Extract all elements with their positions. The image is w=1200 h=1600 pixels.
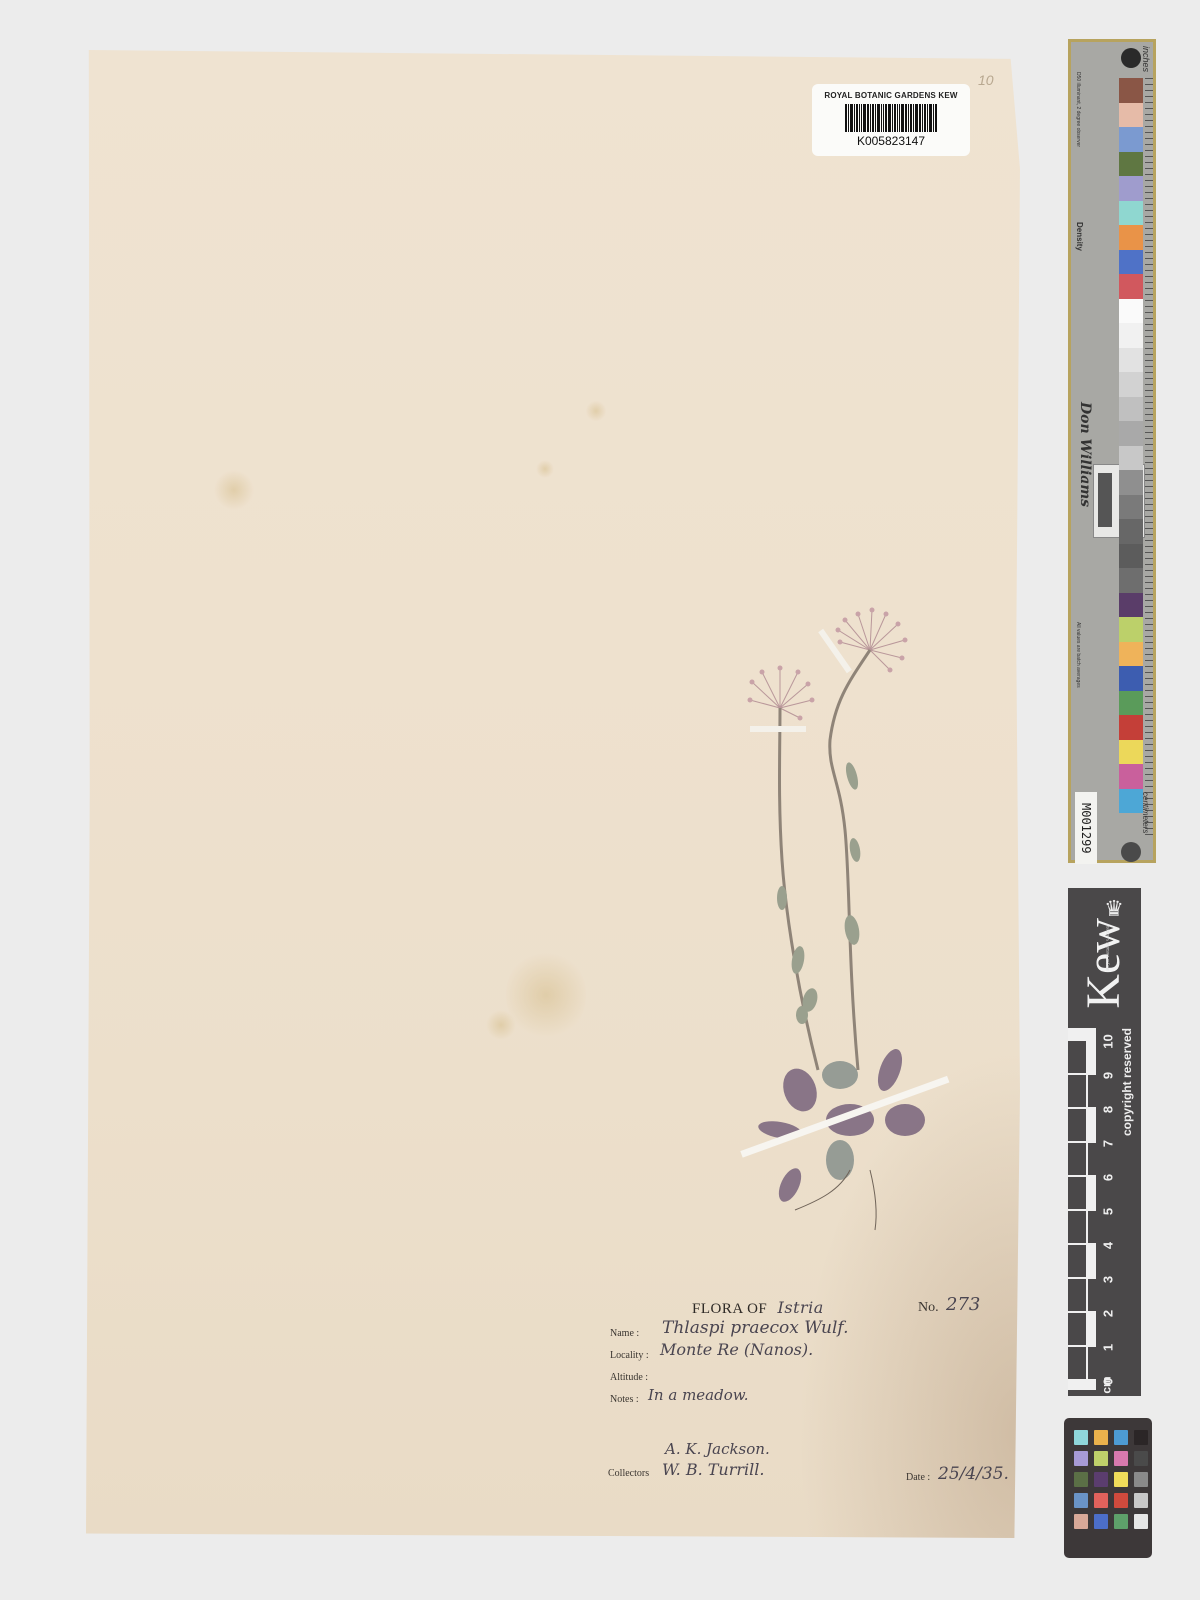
colour-patch bbox=[1119, 495, 1143, 520]
colour-patch bbox=[1119, 446, 1143, 471]
name-value: Thlaspi praecox Wulf. bbox=[662, 1318, 849, 1338]
paper-stain bbox=[486, 1010, 516, 1040]
notes-value: In a meadow. bbox=[648, 1386, 749, 1404]
colour-patch bbox=[1119, 568, 1143, 593]
mounting-tape bbox=[750, 726, 806, 732]
paper-stain bbox=[586, 400, 606, 422]
colour-patch bbox=[1119, 201, 1143, 226]
colour-patch bbox=[1119, 470, 1143, 495]
label-title-printed: FLORA OF bbox=[692, 1301, 767, 1317]
cm-number: 3 bbox=[1101, 1270, 1116, 1290]
colour-patch bbox=[1119, 323, 1143, 348]
pressed-plant-specimen bbox=[740, 600, 990, 1240]
batch-note: All values are batch averages bbox=[1075, 622, 1081, 688]
checker-cell bbox=[1114, 1514, 1128, 1529]
checker-cell bbox=[1114, 1472, 1128, 1487]
barcode-number: K005823147 bbox=[812, 134, 970, 148]
number-value: 273 bbox=[946, 1294, 980, 1315]
checker-cell bbox=[1094, 1451, 1108, 1466]
barcode-icon bbox=[812, 104, 970, 132]
checker-cell bbox=[1134, 1493, 1148, 1508]
paper-stain bbox=[536, 460, 554, 478]
label-region: Istria bbox=[778, 1298, 824, 1317]
colour-patch bbox=[1119, 740, 1143, 765]
colour-patch bbox=[1119, 421, 1143, 446]
copyright-text: copyright reserved bbox=[1120, 1028, 1134, 1136]
colour-patch bbox=[1119, 127, 1143, 152]
colour-patch bbox=[1119, 348, 1143, 373]
inches-label: inches bbox=[1141, 46, 1151, 72]
colour-patch bbox=[1119, 372, 1143, 397]
date-value: 25/4/35. bbox=[938, 1464, 1009, 1484]
ruler-code: M001299 bbox=[1075, 792, 1097, 864]
cm-scale-numbers: 012345678910 bbox=[1098, 1028, 1118, 1390]
colour-checker-card bbox=[1064, 1418, 1152, 1558]
flower-head-icon bbox=[838, 610, 905, 670]
checker-cell bbox=[1134, 1514, 1148, 1529]
kew-subtitle: Royal Botanic Gardens bbox=[1106, 924, 1111, 971]
notes-label: Notes : bbox=[610, 1394, 639, 1405]
checker-cell bbox=[1134, 1430, 1148, 1445]
checker-cell bbox=[1094, 1514, 1108, 1529]
cm-unit-label: cm bbox=[1100, 1376, 1114, 1393]
checker-cell bbox=[1134, 1451, 1148, 1466]
colour-patch bbox=[1119, 715, 1143, 740]
cm-number: 6 bbox=[1101, 1168, 1116, 1188]
ruler-scale bbox=[1145, 78, 1153, 838]
colour-patch bbox=[1119, 152, 1143, 177]
label-title: FLORA OF Istria bbox=[692, 1298, 824, 1318]
colour-patch bbox=[1119, 103, 1143, 128]
locality-label: Locality : bbox=[610, 1350, 649, 1361]
colour-patch bbox=[1119, 544, 1143, 569]
cm-number: 8 bbox=[1101, 1100, 1116, 1120]
colour-patch bbox=[1119, 593, 1143, 618]
cm-number: 7 bbox=[1101, 1134, 1116, 1154]
colour-patches bbox=[1119, 78, 1143, 813]
collector-1: A. K. Jackson. bbox=[665, 1440, 770, 1458]
name-label: Name : bbox=[610, 1328, 639, 1339]
colour-patch bbox=[1119, 397, 1143, 422]
checker-cell bbox=[1074, 1493, 1088, 1508]
kew-scale-bar: ♛ Kew Royal Botanic Gardens 012345678910… bbox=[1068, 888, 1141, 1396]
date-label: Date : bbox=[906, 1472, 930, 1483]
colour-patch bbox=[1119, 250, 1143, 275]
colour-patch bbox=[1119, 519, 1143, 544]
checker-cell bbox=[1074, 1451, 1088, 1466]
pencil-sheet-number: 10 bbox=[978, 72, 994, 88]
checker-cell bbox=[1094, 1430, 1108, 1445]
checker-cell bbox=[1134, 1472, 1148, 1487]
institution-name: ROYAL BOTANIC GARDENS KEW bbox=[812, 91, 970, 100]
paper-stain bbox=[214, 470, 254, 510]
locality-value: Monte Re (Nanos). bbox=[660, 1340, 813, 1359]
checker-cell bbox=[1114, 1493, 1128, 1508]
colour-patch bbox=[1119, 274, 1143, 299]
colour-patch bbox=[1119, 789, 1143, 814]
colour-patch bbox=[1119, 617, 1143, 642]
barcode-label: ROYAL BOTANIC GARDENS KEW K005823147 bbox=[812, 84, 970, 156]
ruler-hole-icon bbox=[1121, 48, 1141, 68]
cm-number: 10 bbox=[1101, 1032, 1116, 1052]
checker-cell bbox=[1114, 1451, 1128, 1466]
cm-number: 2 bbox=[1101, 1304, 1116, 1324]
kew-logo: Kew bbox=[1076, 918, 1131, 1009]
colour-patch bbox=[1119, 691, 1143, 716]
checker-cell bbox=[1074, 1430, 1088, 1445]
cm-number: 4 bbox=[1101, 1236, 1116, 1256]
colour-patch bbox=[1119, 299, 1143, 324]
checker-cell bbox=[1114, 1430, 1128, 1445]
checker-cell bbox=[1094, 1472, 1108, 1487]
ruler-brand: Don Williams bbox=[1077, 402, 1093, 507]
colour-calibration-ruler: inches centimeters D50 illuminant, 2 deg… bbox=[1068, 39, 1156, 863]
cm-number: 9 bbox=[1101, 1066, 1116, 1086]
colour-patch bbox=[1119, 78, 1143, 103]
cm-number: 1 bbox=[1101, 1338, 1116, 1358]
paper-stain bbox=[506, 950, 586, 1040]
colour-patch bbox=[1119, 642, 1143, 667]
cm-scale-blocks bbox=[1068, 1028, 1096, 1390]
density-label: Density bbox=[1075, 222, 1084, 251]
colour-patch bbox=[1119, 666, 1143, 691]
collector-2: W. B. Turrill. bbox=[662, 1460, 764, 1479]
checker-cell bbox=[1074, 1472, 1088, 1487]
altitude-label: Altitude : bbox=[610, 1372, 648, 1383]
colour-patch bbox=[1119, 225, 1143, 250]
number-label: No. bbox=[918, 1300, 939, 1316]
colour-patch bbox=[1119, 764, 1143, 789]
checker-cell bbox=[1074, 1514, 1088, 1529]
cm-number: 5 bbox=[1101, 1202, 1116, 1222]
ruler-hole-icon bbox=[1121, 842, 1141, 862]
illuminant-note: D50 illuminant, 2 degree observer bbox=[1075, 72, 1081, 147]
colour-patch bbox=[1119, 176, 1143, 201]
collectors-label: Collectors bbox=[608, 1468, 649, 1479]
checker-cell bbox=[1094, 1493, 1108, 1508]
